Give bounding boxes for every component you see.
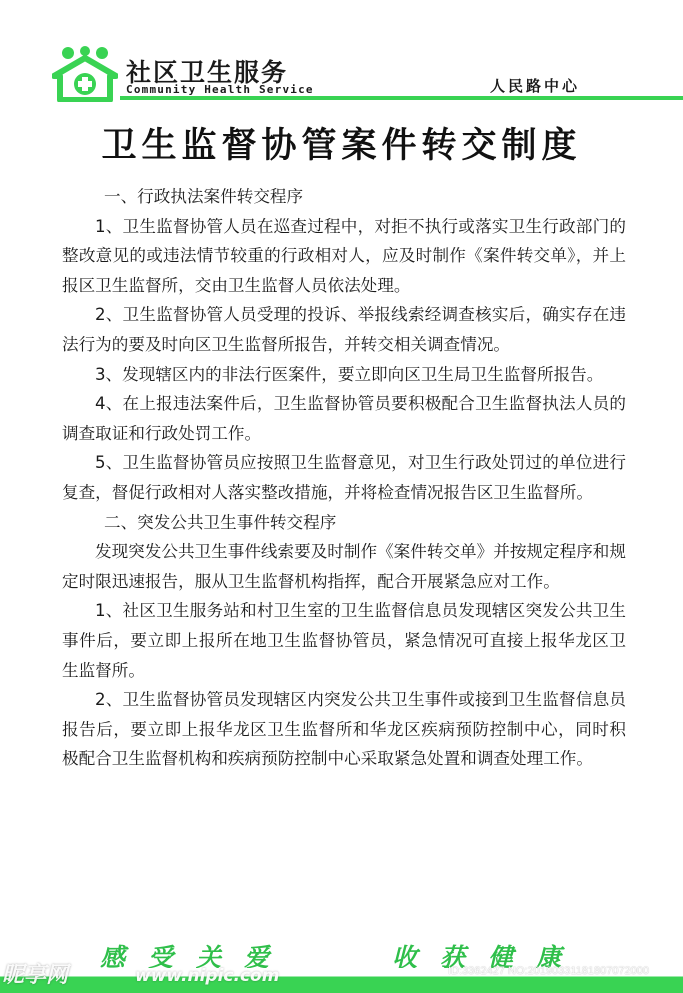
header-divider bbox=[120, 96, 683, 100]
brand-name-en: Community Health Service bbox=[126, 83, 314, 96]
paragraph: 发现突发公共卫生事件线索要及时制作《案件转交单》并按规定程序和规定时限迅速报告，… bbox=[62, 537, 626, 596]
section-heading: 一、行政执法案件转交程序 bbox=[62, 182, 626, 212]
paragraph: 2、卫生监督协管人员受理的投诉、举报线索经调查核实后，确实存在违法行为的要及时向… bbox=[62, 300, 626, 359]
location-label: 人民路中心 bbox=[490, 75, 580, 96]
document-body: 一、行政执法案件转交程序 1、卫生监督协管人员在巡查过程中，对拒不执行或落实卫生… bbox=[62, 182, 626, 774]
watermark-url: www.nipic.com bbox=[135, 966, 279, 986]
header: 社区卫生服务 Community Health Service 人民路中心 bbox=[0, 0, 683, 110]
paragraph: 4、在上报违法案件后，卫生监督协管员要积极配合卫生监督执法人员的调查取证和行政处… bbox=[62, 389, 626, 448]
paragraph: 3、发现辖区内的非法行医案件，要立即向区卫生局卫生监督所报告。 bbox=[62, 360, 626, 390]
paragraph: 2、卫生监督协管员发现辖区内突发公共卫生事件或接到卫生监督信息员报告后，要立即上… bbox=[62, 685, 626, 774]
paragraph: 1、卫生监督协管人员在巡查过程中，对拒不执行或落实卫生行政部门的整改意见的或违法… bbox=[62, 212, 626, 301]
watermark-brand: 昵享网 bbox=[2, 958, 68, 989]
house-with-cross-icon bbox=[52, 46, 118, 102]
page-title: 卫生监督协管案件转交制度 bbox=[0, 118, 683, 168]
paragraph: 5、卫生监督协管员应按照卫生监督意见，对卫生行政处罚过的单位进行复查，督促行政相… bbox=[62, 448, 626, 507]
section-heading: 二、突发公共卫生事件转交程序 bbox=[62, 508, 626, 538]
paragraph: 1、社区卫生服务站和村卫生室的卫生监督信息员发现辖区突发公共卫生事件后，要立即上… bbox=[62, 596, 626, 685]
watermark-id: ID:3362427 NO:20190331181807072000 bbox=[448, 965, 649, 977]
